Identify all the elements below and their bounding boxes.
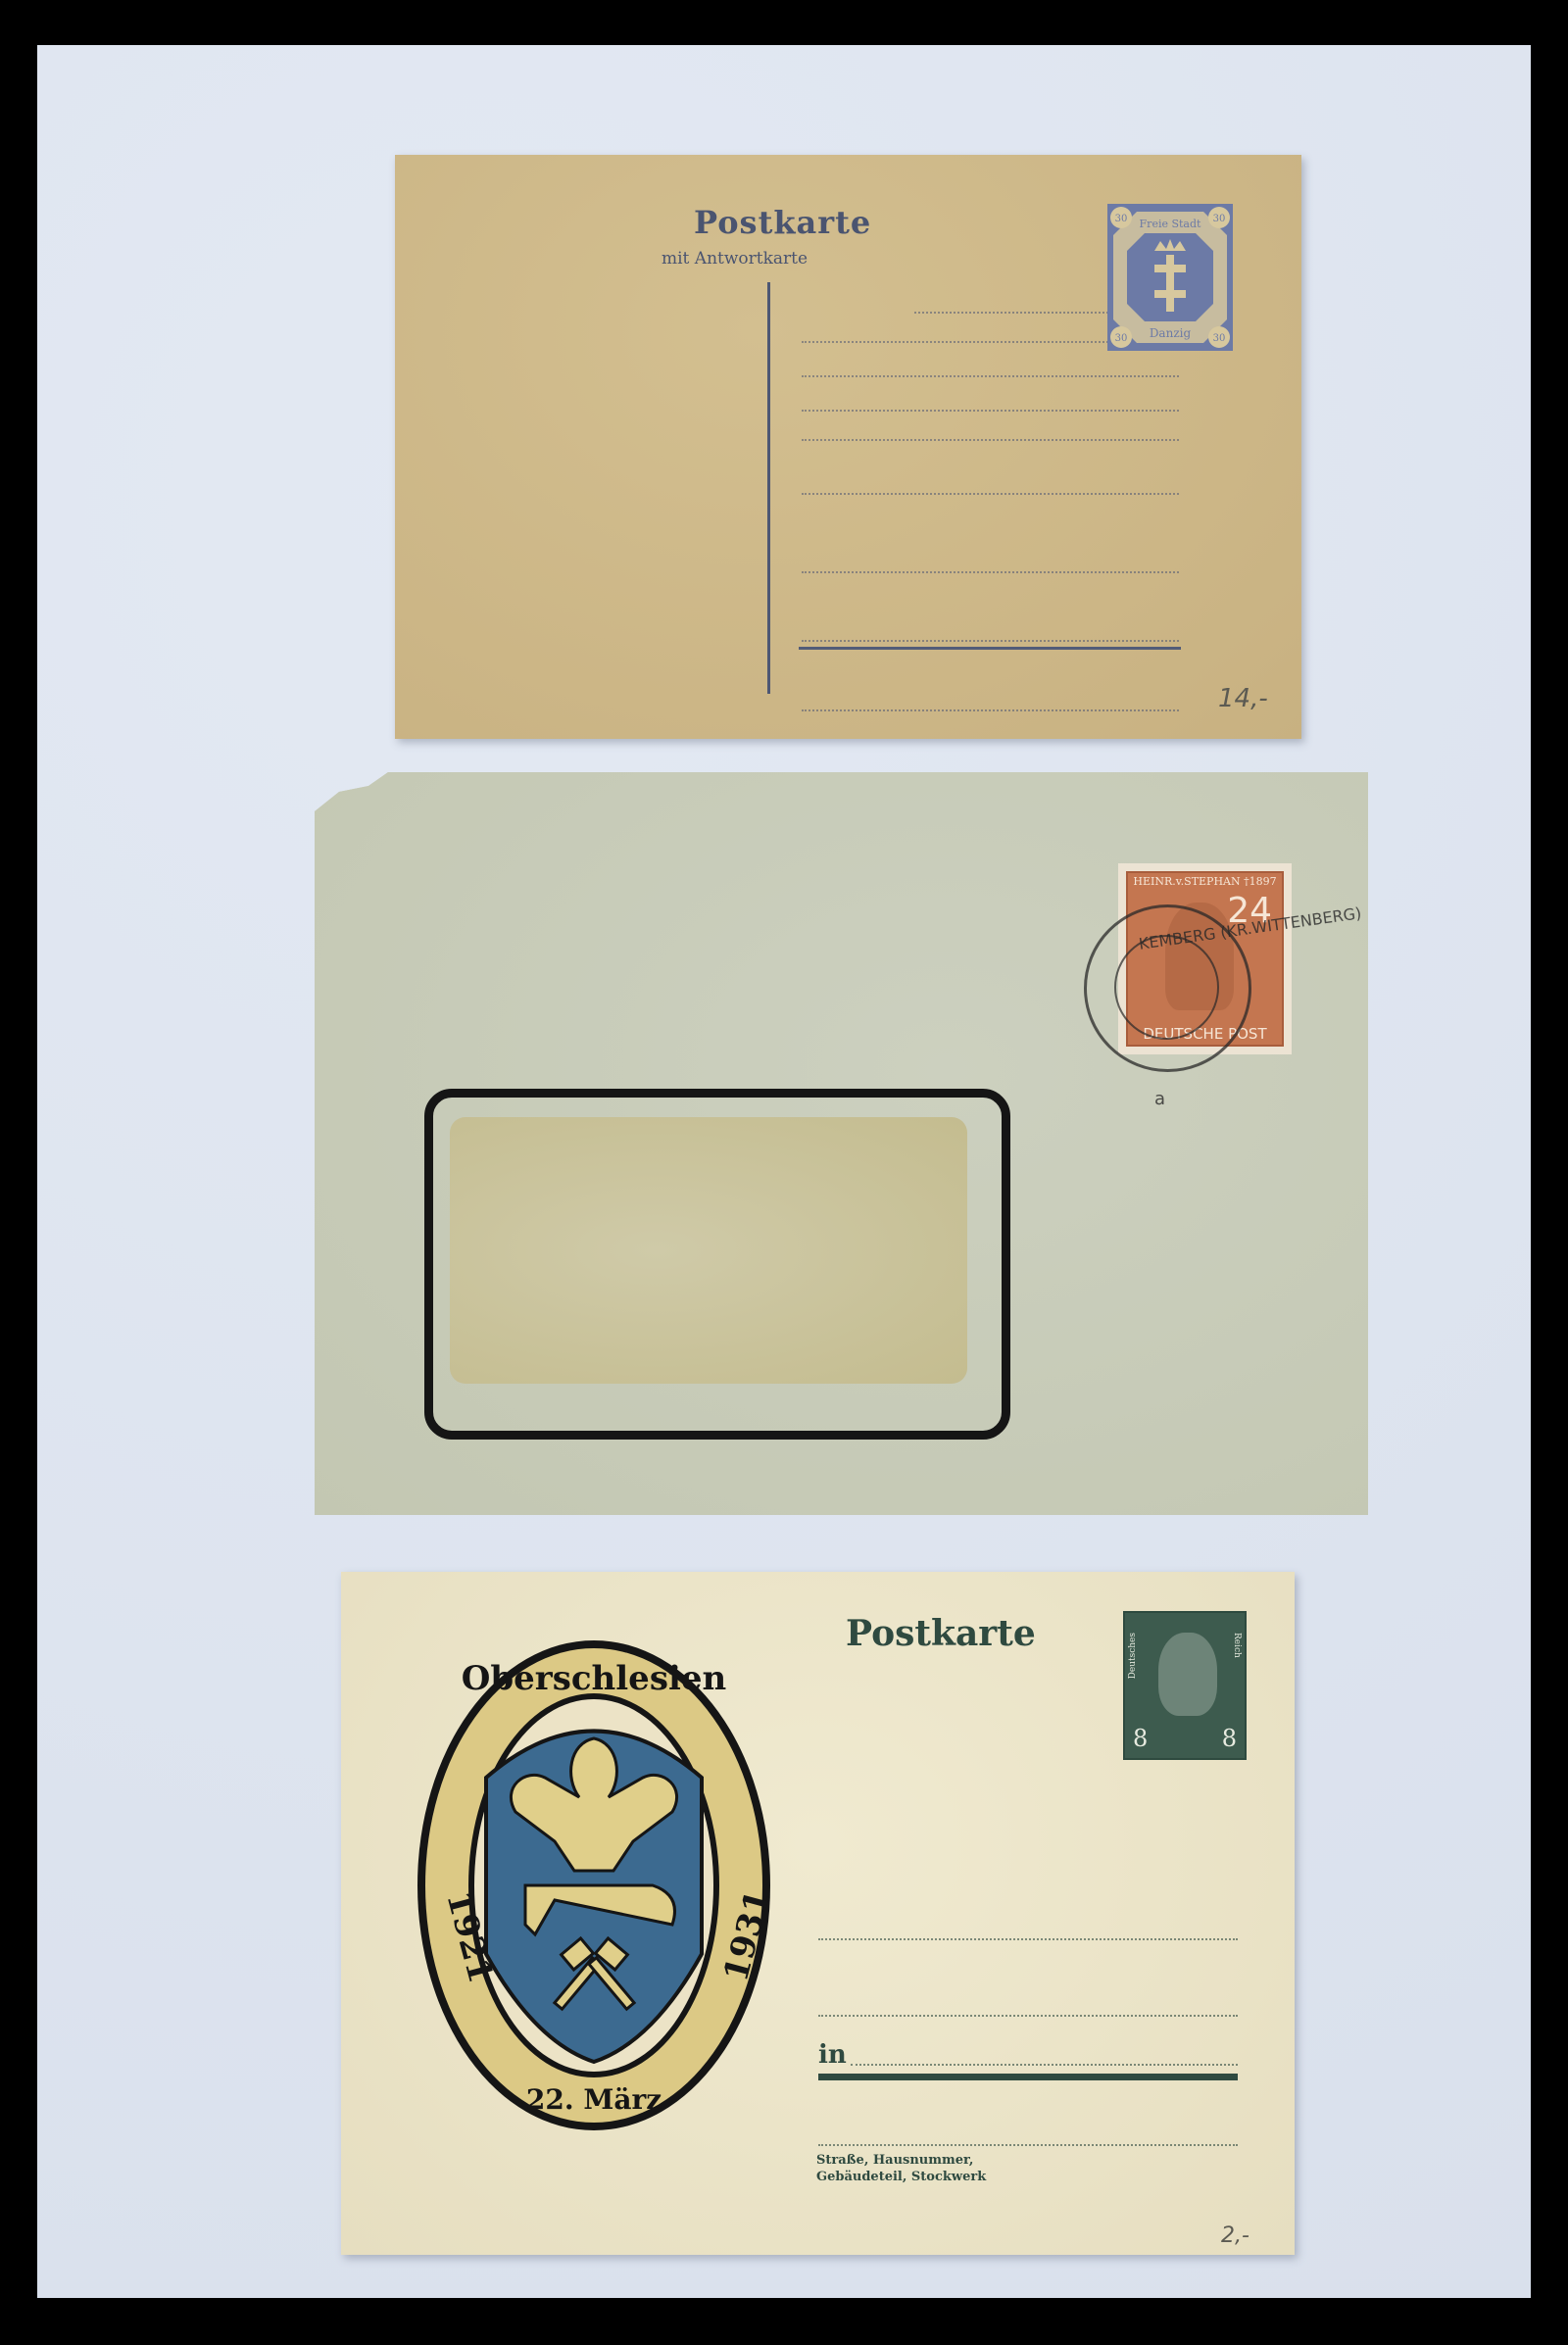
danzig-stamp: 30 30 30 30 Freie Stadt Danzig — [1107, 204, 1233, 351]
danzig-postcard: Postkarte mit Antwortkarte 30 30 30 30 F… — [395, 155, 1301, 739]
postmark-letter: a — [1154, 1089, 1165, 1109]
address-label: Straße, Hausnummer, Gebäudeteil, Stockwe… — [816, 2152, 986, 2185]
address-line — [802, 375, 1179, 377]
address-underline — [799, 647, 1181, 650]
stamp-top-text: HEINR.v.STEPHAN †1897 — [1128, 875, 1282, 888]
address-line — [802, 571, 1179, 573]
oberschlesien-emblem-icon: Oberschlesien 1921 1931 22. März — [408, 1631, 780, 2140]
address-window — [450, 1117, 967, 1384]
address-line — [818, 2144, 1238, 2146]
stamp-value: 8 — [1133, 1725, 1148, 1752]
svg-text:Freie Stadt: Freie Stadt — [1140, 218, 1201, 230]
postcard-title: Postkarte — [694, 204, 871, 241]
svg-text:30: 30 — [1115, 214, 1128, 224]
svg-text:22. März: 22. März — [526, 2083, 661, 2116]
card-divider — [767, 282, 770, 694]
address-underline — [818, 2074, 1238, 2080]
address-line — [818, 2015, 1238, 2017]
price-note: 2,- — [1221, 2223, 1249, 2248]
postcard-title: Postkarte — [846, 1613, 1036, 1654]
album-page: Postkarte mit Antwortkarte 30 30 30 30 F… — [37, 45, 1531, 2298]
ebert-stamp: Deutsches Reich 8 8 — [1123, 1611, 1247, 1760]
stamp-value: 8 — [1222, 1725, 1237, 1752]
portrait-icon — [1158, 1633, 1217, 1716]
postcard-subtitle: mit Antwortkarte — [661, 249, 808, 269]
address-line — [851, 2064, 1238, 2066]
danzig-crest-icon: 30 30 30 30 Freie Stadt Danzig — [1107, 204, 1233, 351]
svg-text:Oberschlesien: Oberschlesien — [462, 1659, 726, 1698]
svg-text:Danzig: Danzig — [1150, 326, 1192, 340]
address-line — [818, 1938, 1238, 1940]
address-line — [802, 439, 1179, 441]
price-note: 14,- — [1218, 684, 1268, 713]
oberschlesien-postcard: Postkarte Deutsches Reich 8 8 Oberschles… — [341, 1572, 1295, 2255]
address-line — [802, 640, 1179, 642]
address-line — [802, 709, 1179, 711]
address-prefix: in — [818, 2040, 847, 2070]
svg-text:30: 30 — [1115, 333, 1128, 344]
address-line — [802, 493, 1179, 495]
address-line — [802, 410, 1179, 412]
svg-text:30: 30 — [1213, 214, 1226, 224]
svg-text:30: 30 — [1213, 333, 1226, 344]
window-envelope: HEINR.v.STEPHAN †1897 24 DEUTSCHE POST K… — [315, 772, 1368, 1515]
